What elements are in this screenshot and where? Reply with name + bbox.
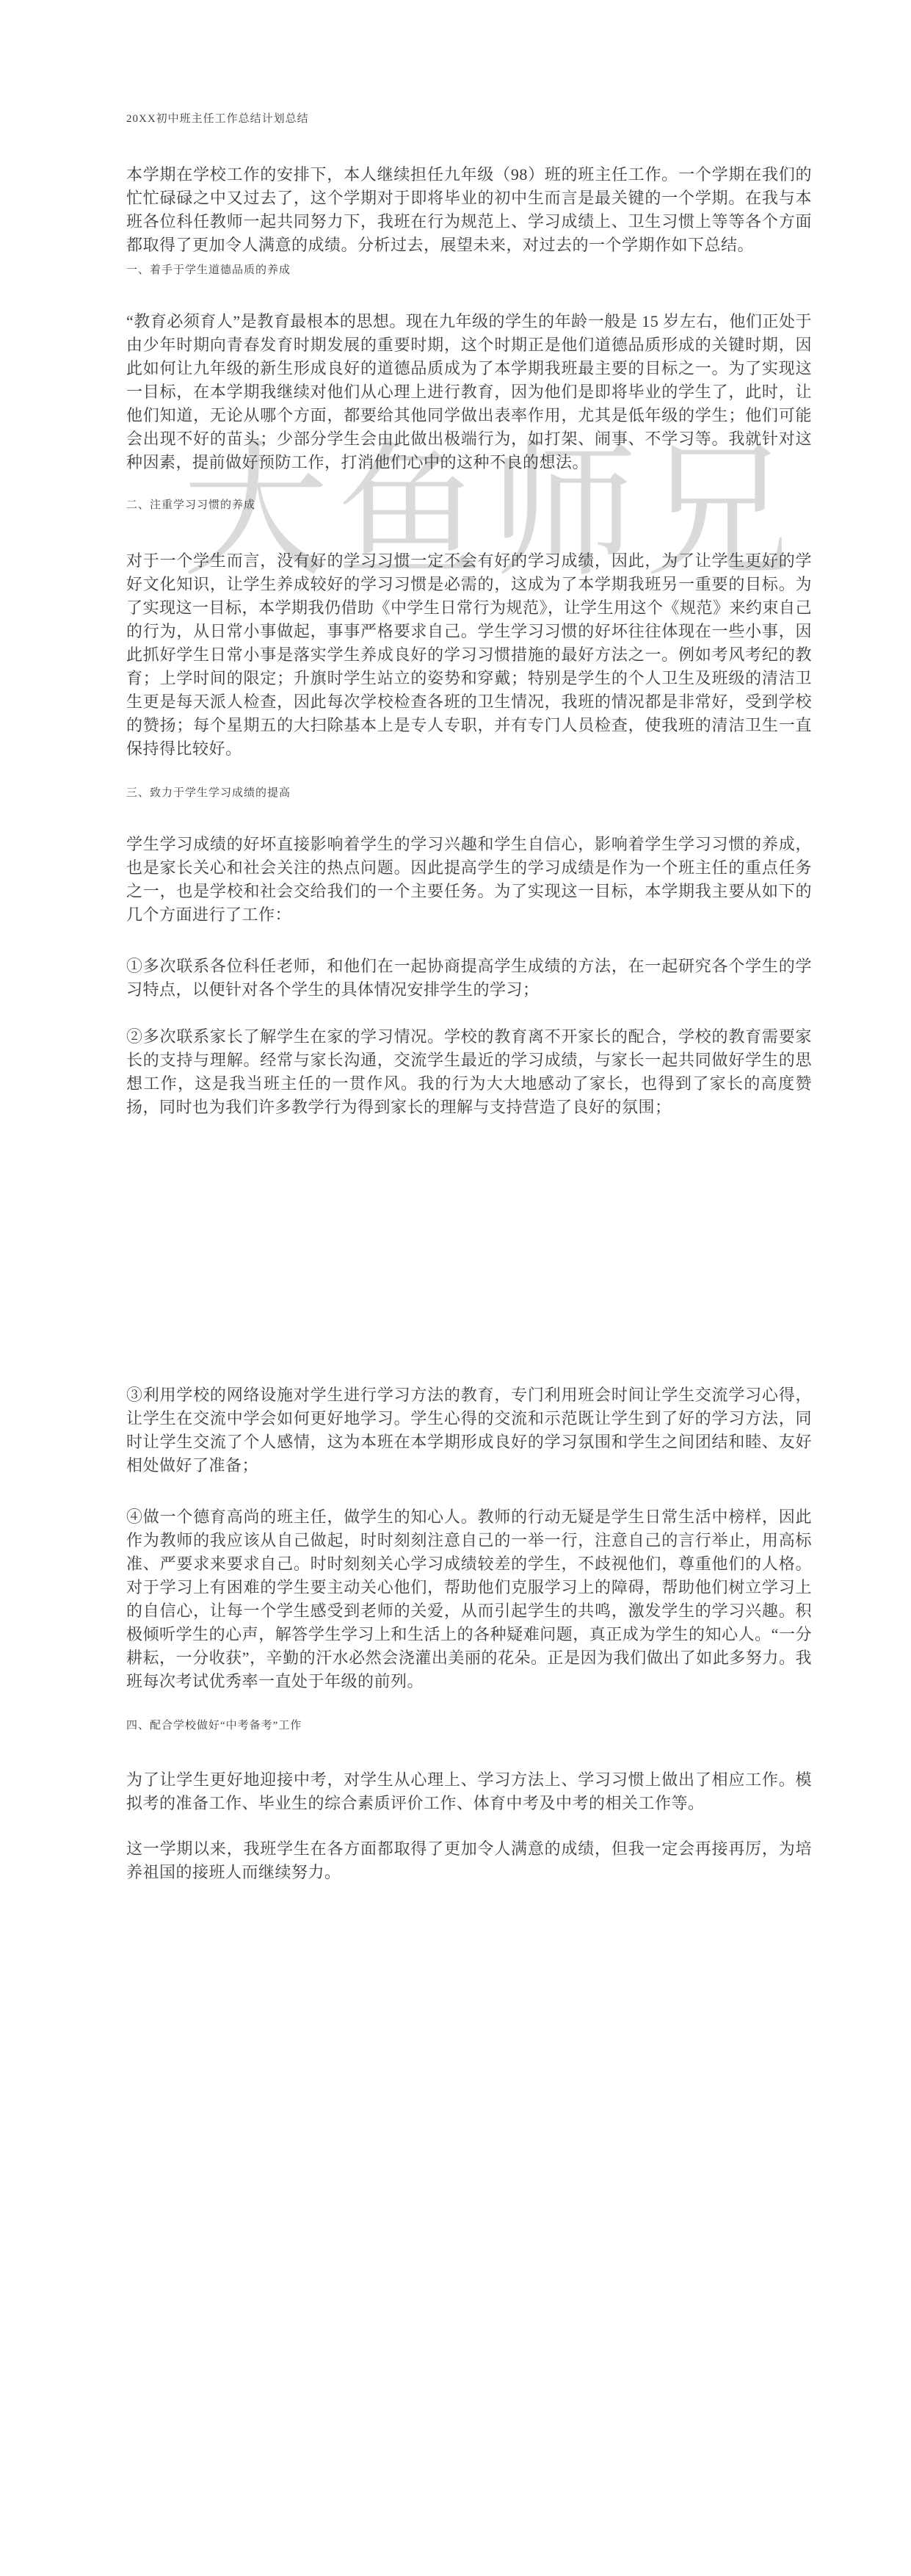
section-3-item-2: ②多次联系家长了解学生在家的学习情况。学校的教育离不开家长的配合，学校的教育需要… xyxy=(126,1025,812,1119)
section-1-paragraph: “教育必须育人”是教育最根本的思想。现在九年级的学生的年龄一般是 15 岁左右，… xyxy=(126,310,812,474)
section-1-heading: 一、着手于学生道德品质的养成 xyxy=(126,263,812,278)
section-2-paragraph: 对于一个学生而言，没有好的学习习惯一定不会有好的学习成绩，因此，为了让学生更好的… xyxy=(126,549,812,761)
document-page: 大鱼师兄 20XX初中班主任工作总结计划总结 本学期在学校工作的安排下，本人继续… xyxy=(0,0,911,2576)
page-break-gap xyxy=(126,1119,812,1383)
intro-paragraph: 本学期在学校工作的安排下，本人继续担任九年级（98）班的班主任工作。一个学期在我… xyxy=(126,163,812,257)
section-4-paragraph: 为了让学生更好地迎接中考，对学生从心理上、学习方法上、学习习惯上做出了相应工作。… xyxy=(126,1768,812,1815)
section-3-item-1: ①多次联系各位科任老师，和他们在一起协商提高学生成绩的方法，在一起研究各个学生的… xyxy=(126,955,812,1002)
section-3-intro-paragraph: 学生学习成绩的好坏直接影响着学生的学习兴趣和学生自信心，影响着学生学习习惯的养成… xyxy=(126,833,812,927)
section-3-heading: 三、致力于学生学习成绩的提高 xyxy=(126,786,812,800)
section-3-item-4: ④做一个德育高尚的班主任，做学生的知心人。教师的行动无疑是学生日常生活中榜样，因… xyxy=(126,1505,812,1693)
closing-paragraph: 这一学期以来，我班学生在各方面都取得了更加令人满意的成绩，但我一定会再接再厉，为… xyxy=(126,1837,812,1884)
section-4-heading: 四、配合学校做好“中考备考”工作 xyxy=(126,1718,812,1733)
section-3-item-3: ③利用学校的网络设施对学生进行学习方法的教育，专门利用班会时间让学生交流学习心得… xyxy=(126,1383,812,1477)
document-title: 20XX初中班主任工作总结计划总结 xyxy=(126,112,812,126)
section-2-heading: 二、注重学习习惯的养成 xyxy=(126,498,812,513)
document-content: 20XX初中班主任工作总结计划总结 本学期在学校工作的安排下，本人继续担任九年级… xyxy=(126,112,812,1884)
